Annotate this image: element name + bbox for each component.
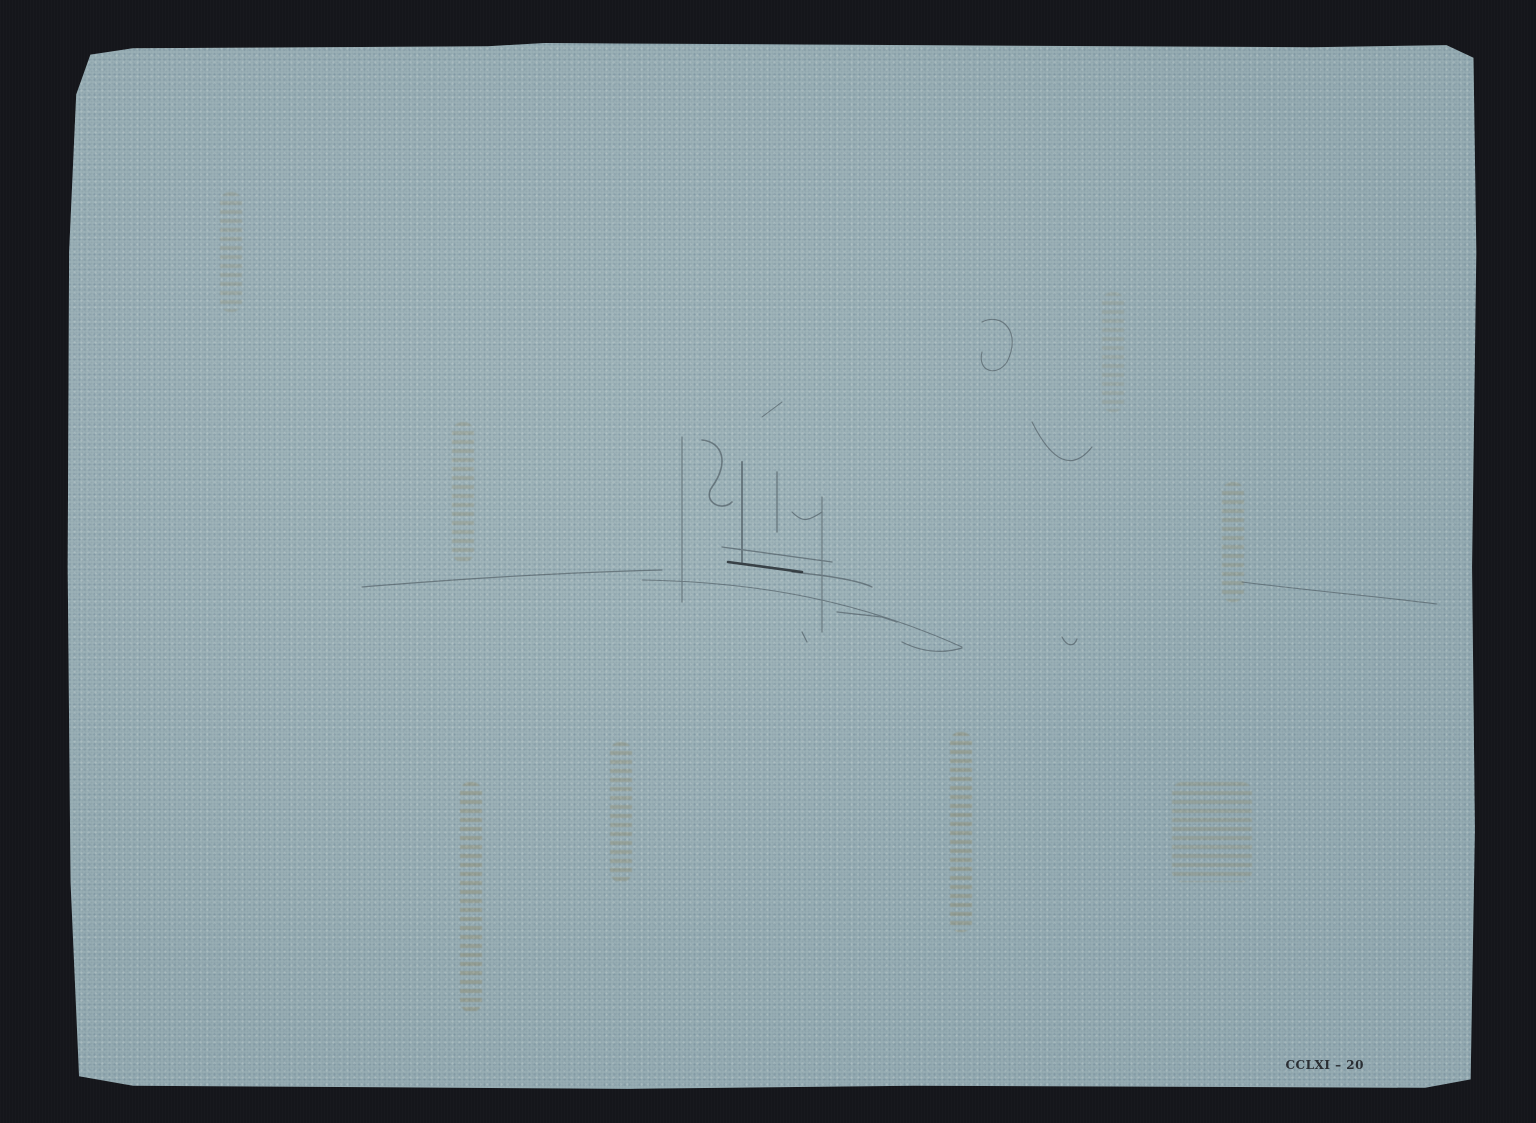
graphite-sketch bbox=[62, 42, 1482, 1092]
paper-sheet: CCLXI – 20 bbox=[62, 42, 1482, 1092]
inventory-stamp: CCLXI – 20 bbox=[1285, 1058, 1364, 1072]
